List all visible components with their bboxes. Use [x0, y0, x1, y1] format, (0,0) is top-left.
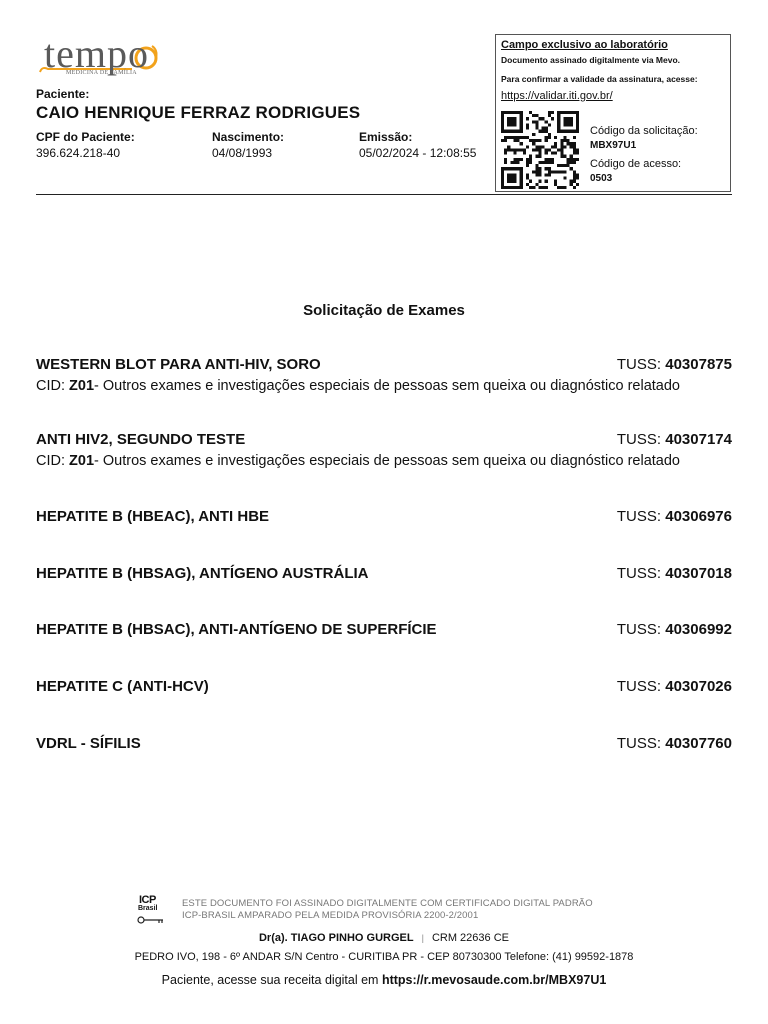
lab-exclusive-box: Campo exclusivo ao laboratório Documento… [495, 34, 731, 192]
access-code-value: 0503 [590, 173, 612, 184]
exam-name: VDRL - SÍFILIS [36, 735, 141, 752]
tuss-value: 40307174 [665, 431, 732, 448]
tempo-logo: tempo MEDICINA DE FAMÍLIA [36, 36, 166, 82]
tuss-label: TUSS: [617, 621, 661, 638]
tuss-value: 40307875 [665, 356, 732, 373]
doctor-line: Dr(a). TIAGO PINHO GURGEL|CRM 22636 CE [0, 932, 768, 944]
tuss-code: TUSS: 40307018 [617, 565, 732, 582]
tuss-value: 40306992 [665, 621, 732, 638]
exam-name: HEPATITE B (HBEAC), ANTI HBE [36, 508, 269, 525]
issue-label: Emissão: [359, 130, 412, 144]
validation-link[interactable]: https://validar.iti.gov.br/ [501, 90, 613, 102]
tuss-label: TUSS: [617, 735, 661, 752]
doctor-crm: CRM 22636 CE [432, 932, 509, 944]
tuss-label: TUSS: [617, 508, 661, 525]
tuss-code: TUSS: 40306976 [617, 508, 732, 525]
exam-row: VDRL - SÍFILISTUSS: 40307760 [36, 735, 732, 752]
key-icon [137, 915, 167, 925]
cid-description: - Outros exames e investigações especiai… [94, 378, 680, 394]
qr-code-icon [500, 111, 580, 189]
tuss-label: TUSS: [617, 678, 661, 695]
digital-signature-notice: ESTE DOCUMENTO FOI ASSINADO DIGITALMENTE… [182, 898, 593, 922]
patient-access-line: Paciente, acesse sua receita digital em … [0, 973, 768, 987]
lab-box-title: Campo exclusivo ao laboratório [501, 39, 668, 51]
exam-name: HEPATITE B (HBSAC), ANTI-ANTÍGENO DE SUP… [36, 621, 437, 638]
signature-line-1: ESTE DOCUMENTO FOI ASSINADO DIGITALMENTE… [182, 898, 593, 910]
birth-label: Nascimento: [212, 130, 284, 144]
icp-brasil-text: Brasil [138, 905, 157, 912]
cpf-value: 396.624.218-40 [36, 146, 120, 160]
cid-label: CID: [36, 453, 65, 469]
header-divider [36, 194, 732, 195]
exam-item: HEPATITE B (HBEAC), ANTI HBETUSS: 403069… [36, 508, 732, 525]
logo-subtitle: MEDICINA DE FAMÍLIA [66, 70, 137, 76]
exam-item: HEPATITE B (HBSAG), ANTÍGENO AUSTRÁLIATU… [36, 565, 732, 582]
doctor-name: Dr(a). TIAGO PINHO GURGEL [259, 932, 414, 944]
access-link[interactable]: https://r.mevosaude.com.br/MBX97U1 [382, 973, 606, 987]
exam-item: VDRL - SÍFILISTUSS: 40307760 [36, 735, 732, 752]
access-code-label: Código de acesso: [590, 158, 681, 170]
exam-item: WESTERN BLOT PARA ANTI-HIV, SOROTUSS: 40… [36, 356, 732, 394]
exam-row: HEPATITE C (ANTI-HCV)TUSS: 40307026 [36, 678, 732, 695]
cid-code: Z01 [69, 453, 94, 469]
cid-description: - Outros exames e investigações especiai… [94, 453, 680, 469]
tuss-code: TUSS: 40307026 [617, 678, 732, 695]
cpf-label: CPF do Paciente: [36, 130, 135, 144]
tuss-value: 40307026 [665, 678, 732, 695]
tuss-label: TUSS: [617, 565, 661, 582]
patient-name: CAIO HENRIQUE FERRAZ RODRIGUES [36, 103, 360, 123]
tuss-value: 40307018 [665, 565, 732, 582]
issue-value: 05/02/2024 - 12:08:55 [359, 146, 476, 160]
tuss-value: 40306976 [665, 508, 732, 525]
tuss-code: TUSS: 40307174 [617, 431, 732, 448]
request-code-value: MBX97U1 [590, 140, 636, 151]
document-title: Solicitação de Exames [0, 302, 768, 319]
tuss-code: TUSS: 40306992 [617, 621, 732, 638]
exam-row: ANTI HIV2, SEGUNDO TESTETUSS: 40307174 [36, 431, 732, 448]
request-code-label: Código da solicitação: [590, 125, 698, 137]
icp-brasil-logo: ICP Brasil [137, 895, 167, 925]
exam-item: HEPATITE C (ANTI-HCV)TUSS: 40307026 [36, 678, 732, 695]
exam-row: HEPATITE B (HBSAC), ANTI-ANTÍGENO DE SUP… [36, 621, 732, 638]
cid-line: CID: Z01- Outros exames e investigações … [36, 378, 732, 394]
cid-label: CID: [36, 378, 65, 394]
birth-value: 04/08/1993 [212, 146, 272, 160]
exam-name: HEPATITE C (ANTI-HCV) [36, 678, 209, 695]
lab-box-verify-note: Para confirmar a validade da assinatura,… [501, 74, 698, 84]
exam-row: HEPATITE B (HBSAG), ANTÍGENO AUSTRÁLIATU… [36, 565, 732, 582]
patient-label: Paciente: [36, 87, 89, 101]
exam-row: WESTERN BLOT PARA ANTI-HIV, SOROTUSS: 40… [36, 356, 732, 373]
exam-item: HEPATITE B (HBSAC), ANTI-ANTÍGENO DE SUP… [36, 621, 732, 638]
signature-line-2: ICP-BRASIL AMPARADO PELA MEDIDA PROVISÓR… [182, 910, 593, 922]
cid-code: Z01 [69, 378, 94, 394]
exam-item: ANTI HIV2, SEGUNDO TESTETUSS: 40307174CI… [36, 431, 732, 469]
separator: | [422, 933, 424, 943]
exam-name: ANTI HIV2, SEGUNDO TESTE [36, 431, 245, 448]
exam-name: HEPATITE B (HBSAG), ANTÍGENO AUSTRÁLIA [36, 565, 369, 582]
access-prefix: Paciente, acesse sua receita digital em [162, 973, 382, 987]
tuss-label: TUSS: [617, 356, 661, 373]
tuss-label: TUSS: [617, 431, 661, 448]
tuss-code: TUSS: 40307875 [617, 356, 732, 373]
exam-name: WESTERN BLOT PARA ANTI-HIV, SORO [36, 356, 321, 373]
tuss-value: 40307760 [665, 735, 732, 752]
clinic-address: PEDRO IVO, 198 - 6º ANDAR S/N Centro - C… [0, 951, 768, 963]
lab-box-signed-note: Documento assinado digitalmente via Mevo… [501, 55, 680, 65]
exam-row: HEPATITE B (HBEAC), ANTI HBETUSS: 403069… [36, 508, 732, 525]
tuss-code: TUSS: 40307760 [617, 735, 732, 752]
cid-line: CID: Z01- Outros exames e investigações … [36, 453, 732, 469]
